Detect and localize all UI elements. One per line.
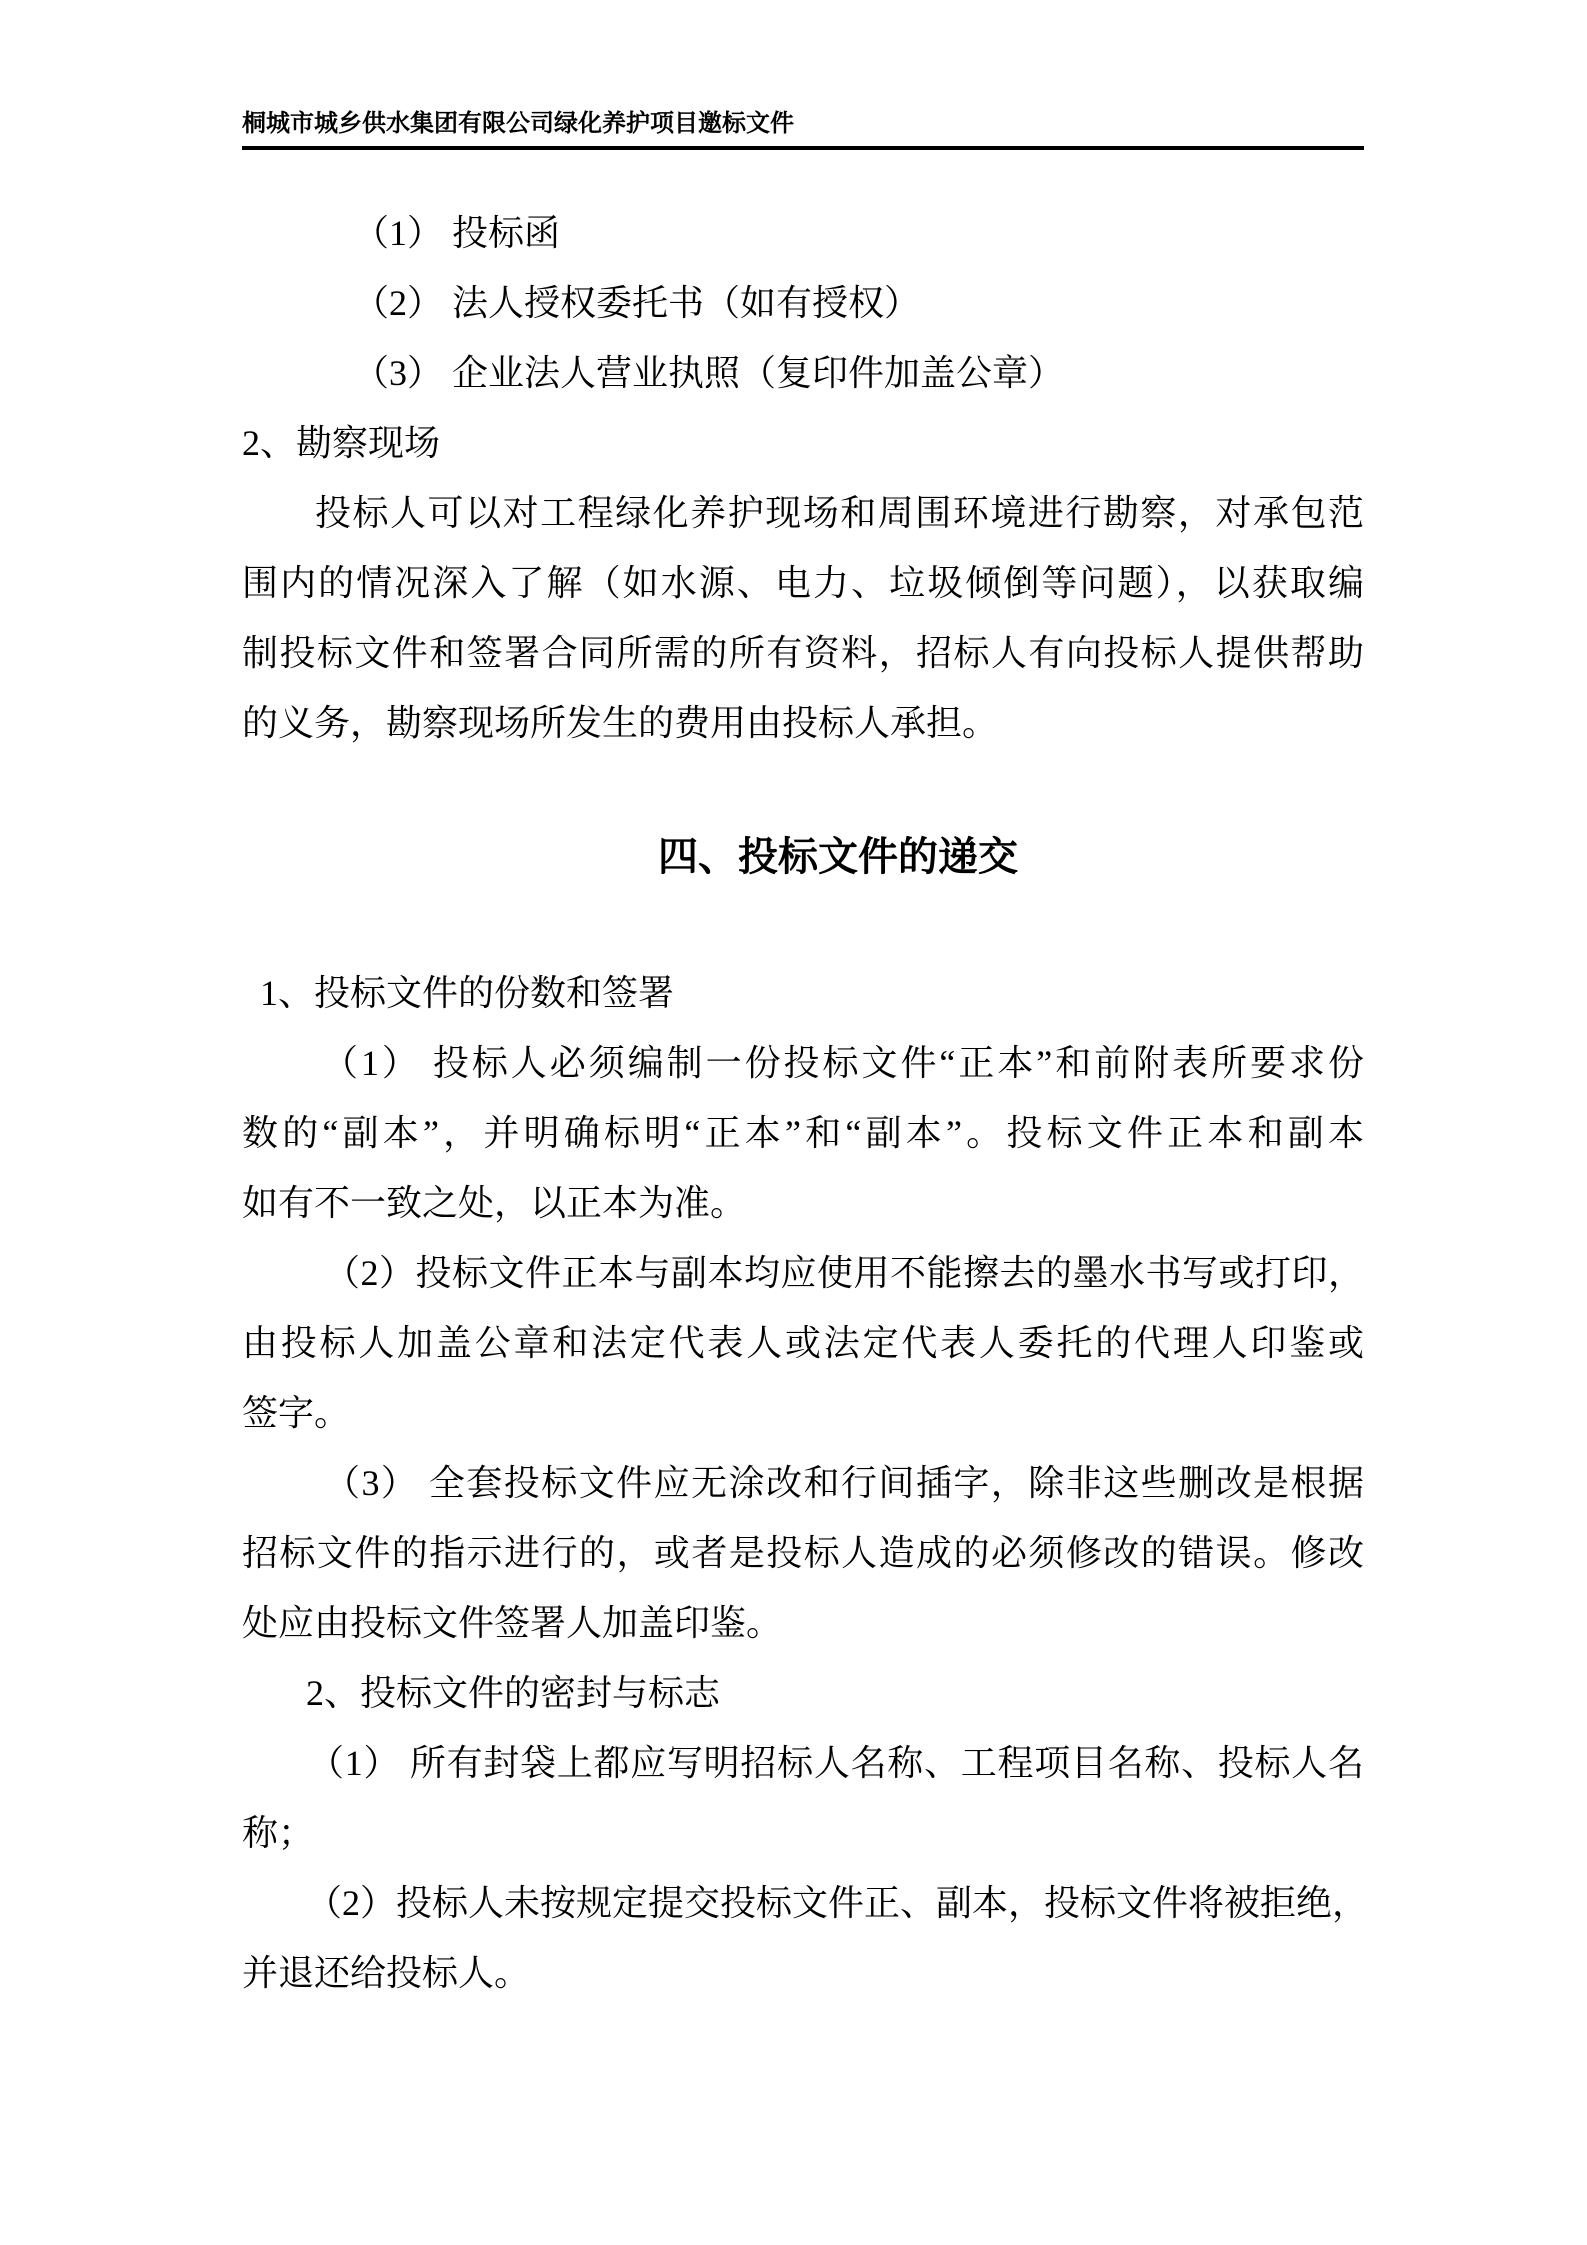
paragraph-line: 投标人可以对工程绿化养护现场和周围环境进行勘察，对承包范 [242, 478, 1364, 548]
header-title: 桐城市城乡供水集团有限公司绿化养护项目邀标文件 [242, 111, 794, 137]
paragraph-line: 由投标人加盖公章和法定代表人或法定代表人委托的代理人印鉴或 [242, 1308, 1364, 1378]
subsection-title: 2、投标文件的密封与标志 [242, 1658, 1364, 1728]
paragraph-line: 的义务，勘察现场所发生的费用由投标人承担。 [242, 688, 1364, 758]
list-item: （3） 企业法人营业执照（复印件加盖公章） [242, 338, 1364, 408]
paragraph-line: （3） 全套投标文件应无涂改和行间插字，除非这些删改是根据 [242, 1448, 1364, 1518]
paragraph-line: 招标文件的指示进行的，或者是投标人造成的必须修改的错误。修改 [242, 1518, 1364, 1588]
paragraph-line: （2）投标人未按规定提交投标文件正、副本，投标文件将被拒绝， [242, 1868, 1364, 1938]
paragraph-line: 数的“副本”，并明确标明“正本”和“副本”。投标文件正本和副本 [242, 1098, 1364, 1168]
document-page: 桐城市城乡供水集团有限公司绿化养护项目邀标文件 （1） 投标函 （2） 法人授权… [0, 0, 1587, 2245]
paragraph-line: 称； [242, 1798, 1364, 1868]
section-heading: 四、投标文件的递交 [242, 822, 1364, 892]
document-body: （1） 投标函 （2） 法人授权委托书（如有授权） （3） 企业法人营业执照（复… [242, 150, 1364, 2008]
list-item: （2） 法人授权委托书（如有授权） [242, 268, 1364, 338]
paragraph-line: （1） 所有封袋上都应写明招标人名称、工程项目名称、投标人名 [242, 1728, 1364, 1798]
paragraph-line: 并退还给投标人。 [242, 1938, 1364, 2008]
page-header: 桐城市城乡供水集团有限公司绿化养护项目邀标文件 [242, 0, 1364, 150]
document-content: 桐城市城乡供水集团有限公司绿化养护项目邀标文件 （1） 投标函 （2） 法人授权… [242, 0, 1364, 2008]
paragraph-line: 如有不一致之处，以正本为准。 [242, 1168, 1364, 1238]
subsection-title: 2、勘察现场 [242, 408, 1364, 478]
paragraph-line: 处应由投标文件签署人加盖印鉴。 [242, 1588, 1364, 1658]
paragraph-line: （1） 投标人必须编制一份投标文件“正本”和前附表所要求份 [242, 1028, 1364, 1098]
paragraph-line: 制投标文件和签署合同所需的所有资料，招标人有向投标人提供帮助 [242, 618, 1364, 688]
subsection-title: 1、投标文件的份数和签署 [242, 958, 1364, 1028]
paragraph-line: 签字。 [242, 1378, 1364, 1448]
list-item: （1） 投标函 [242, 198, 1364, 268]
paragraph-line: （2）投标文件正本与副本均应使用不能擦去的墨水书写或打印， [242, 1238, 1364, 1308]
paragraph-line: 围内的情况深入了解（如水源、电力、垃圾倾倒等问题），以获取编 [242, 548, 1364, 618]
